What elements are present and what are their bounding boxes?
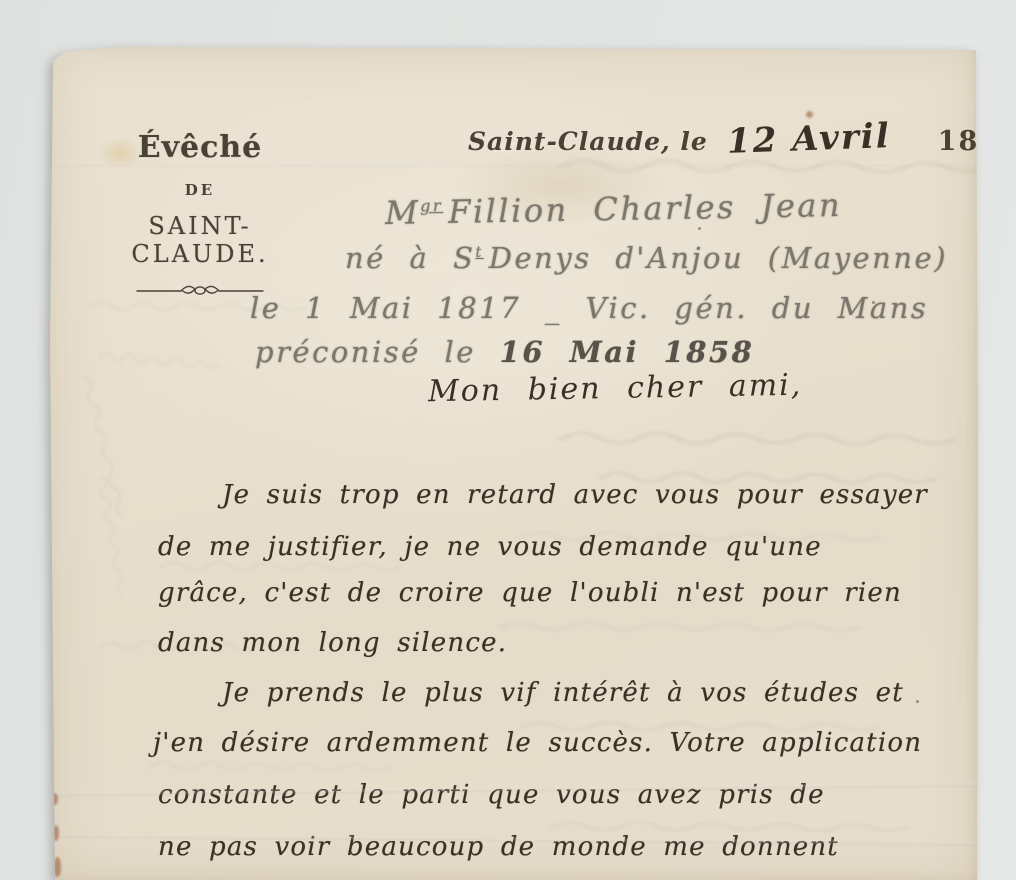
letter-sheet-wrap: Évêché DE SAINT-CLAUDE. Saint-Claude, le [0,0,1016,880]
letterhead-de: DE [95,181,305,199]
body-line: j'en désire ardemment le succès. Votre a… [153,728,922,758]
dateline-year-printed: 185 [938,126,1000,157]
body-line: de me justifier, je ne vous demande qu'u… [158,532,822,562]
pencil-line-3: le 1 Mai 1817 _ Vic. gén. du Mans [250,291,928,325]
letterhead-diocese: SAINT-CLAUDE. [95,212,305,268]
rust-spot [806,111,813,118]
pencil-line-2: né à StDenys d'Anjou (Mayenne) [345,241,948,275]
letterhead: Évêché DE SAINT-CLAUDE. [95,130,305,304]
paper-speck [916,700,919,703]
pencil-line-4: préconisé le 16 Mai 1858 [255,335,754,369]
body-line: Je prends le plus vif intérêt à vos étud… [222,678,904,708]
rust-spot [51,793,58,805]
rust-spot [54,857,61,877]
rust-spot [53,825,59,841]
scanner-background: Évêché DE SAINT-CLAUDE. Saint-Claude, le [0,0,1016,880]
body-line: grâce, c'est de croire que l'oubli n'est… [158,578,902,608]
dateline-year-written: 9 [1002,122,1016,165]
dateline: Saint-Claude, le 12 Avril 185 9 [468,117,1016,159]
flourish-ornament [135,282,265,300]
pencil-line-1: MgrFillion Charles Jean [385,186,843,232]
paper-speck [872,301,875,304]
body-line: dans mon long silence. [158,628,507,658]
dateline-printed: Saint-Claude, le [468,127,708,156]
body-line: constante et le parti que vous avez pris… [158,780,825,810]
letterhead-title: Évêché [95,130,305,165]
paper-speck [698,227,701,230]
dateline-day-month: 12 Avril [726,116,891,162]
body-line: Je suis trop en retard avec vous pour es… [222,480,928,510]
salutation: Mon bien cher ami, [428,368,803,410]
body-line: ne pas voir beaucoup de monde me donnent [158,832,839,862]
letter-sheet: Évêché DE SAINT-CLAUDE. Saint-Claude, le [50,45,978,880]
